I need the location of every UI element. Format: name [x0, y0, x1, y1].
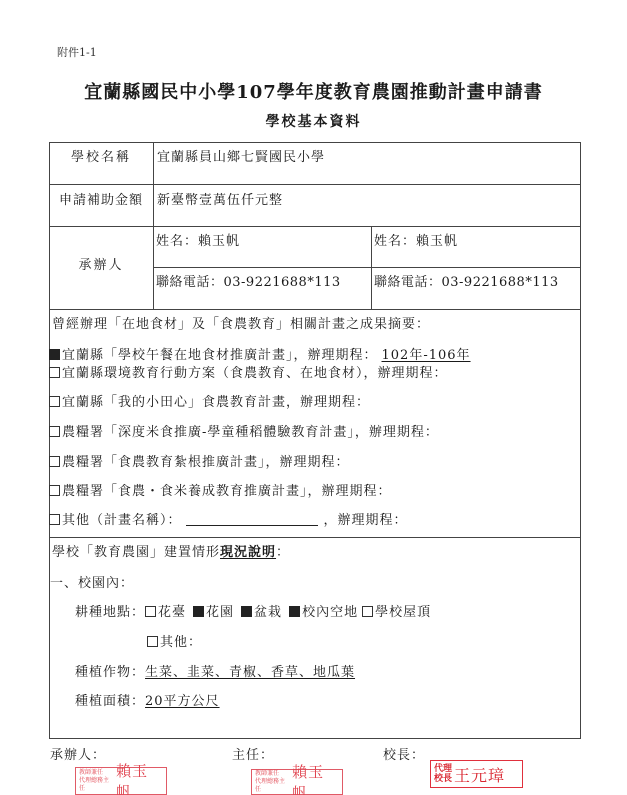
- other-project-suffix: ，辦理期程：: [324, 513, 408, 528]
- school-name-value: 宜蘭縣員山鄉七賢國民小學: [157, 146, 325, 165]
- checkbox-icon[interactable]: [49, 485, 60, 496]
- past-project-text: 宜蘭縣環境教育行動方案（食農教育、在地食材），辦理期程：: [62, 366, 448, 381]
- crops-row: 種植作物：生菜、韭菜、青椒、香草、地瓜葉: [75, 661, 355, 680]
- stamp-title-line: 代理總務主任: [255, 778, 290, 794]
- past-project-text: 宜蘭縣「我的小田心」食農教育計畫，辦理期程：: [62, 395, 370, 410]
- other-location-row: 其他：: [147, 631, 202, 650]
- other-location-label: 其他：: [160, 635, 202, 650]
- location-option: 花園: [206, 605, 234, 620]
- past-project-text: 農糧署「食農・食米養成教育推廣計畫」，辦理期程：: [62, 484, 392, 499]
- stamp-title: 代理 校長: [434, 764, 452, 784]
- subsidy-value: 新臺幣壹萬伍仟元整: [157, 189, 283, 208]
- garden-heading-emphasis: 現況說明: [220, 545, 276, 560]
- past-project-item: 農糧署「食農教育紮根推廣計畫」，辦理期程：: [49, 451, 350, 470]
- principal-stamp: 代理 校長 王元璋: [430, 760, 523, 788]
- document-title: 宜蘭縣國民中小學107學年度教育農園推動計畫申請書: [0, 78, 627, 104]
- past-project-text: 農糧署「深度米食推廣-學童種稻體驗教育計畫」，辦理期程：: [62, 425, 439, 440]
- checkbox-icon[interactable]: [145, 606, 156, 617]
- stamp-title: 教師兼任 代理總務主任: [79, 769, 114, 793]
- section-divider: [49, 537, 581, 538]
- location-option: 盆栽: [254, 605, 282, 620]
- garden-heading-suffix: ：: [276, 545, 290, 560]
- past-project-item: 農糧署「深度米食推廣-學童種稻體驗教育計畫」，辦理期程：: [49, 421, 439, 440]
- column-divider: [371, 226, 372, 309]
- row-divider: [49, 309, 581, 310]
- other-project-name-field[interactable]: [186, 513, 318, 526]
- contact-phone: 聯絡電話：03-9221688*113: [156, 271, 341, 290]
- handler-signature-label: 承辦人：: [50, 744, 106, 763]
- past-project-item: 宜蘭縣「我的小田心」食農教育計畫，辦理期程：: [49, 391, 370, 410]
- stamp-title-line: 代理: [434, 764, 452, 774]
- contact-label: 承辦人: [49, 254, 153, 273]
- contact-phone: 聯絡電話：03-9221688*113: [374, 271, 559, 290]
- past-project-text: 農糧署「食農教育紮根推廣計畫」，辦理期程：: [62, 455, 350, 470]
- stamp-title-line: 代理總務主任: [79, 777, 114, 793]
- checkbox-checked-icon[interactable]: [289, 606, 300, 617]
- past-project-period: 102年-106年: [382, 348, 471, 363]
- area-row: 種植面積：20平方公尺: [75, 690, 220, 709]
- stamp-name: 賴玉帆: [116, 760, 163, 795]
- subsidy-label: 申請補助金額: [49, 189, 153, 208]
- stamp-title-line: 教師兼任: [255, 770, 290, 778]
- stamp-title: 教師兼任 代理總務主任: [255, 770, 290, 794]
- checkbox-checked-icon[interactable]: [241, 606, 252, 617]
- past-project-item: 宜蘭縣「學校午餐在地食材推廣計畫」，辦理期程：102年-106年: [49, 344, 471, 363]
- area-value: 20平方公尺: [145, 694, 220, 709]
- past-project-item: 宜蘭縣環境教育行動方案（食農教育、在地食材），辦理期程：: [49, 362, 448, 381]
- past-project-other: 其他（計畫名稱）：，辦理期程：: [49, 509, 408, 528]
- stamp-name: 賴玉帆: [292, 761, 339, 795]
- basic-info-table: [49, 142, 581, 739]
- other-project-prefix: 其他（計畫名稱）：: [62, 513, 182, 528]
- contact-name: 姓名：賴玉帆: [156, 230, 240, 249]
- past-projects-heading: 曾經辦理「在地食材」及「食農教育」相關計畫之成果摘要：: [52, 313, 430, 332]
- crops-value: 生菜、韭菜、青椒、香草、地瓜葉: [145, 665, 355, 680]
- row-divider: [49, 226, 581, 227]
- director-signature-label: 主任：: [232, 744, 274, 763]
- area-label: 種植面積：: [75, 694, 145, 709]
- checkbox-checked-icon[interactable]: [49, 349, 60, 360]
- handler-stamp: 教師兼任 代理總務主任 賴玉帆: [75, 767, 167, 795]
- stamp-title-line: 校長: [434, 774, 452, 784]
- column-divider: [153, 142, 154, 309]
- location-row: 耕種地點：花臺花園盆栽校內空地學校屋頂: [75, 601, 431, 620]
- document-subtitle: 學校基本資料: [0, 111, 627, 131]
- checkbox-icon[interactable]: [362, 606, 373, 617]
- checkbox-icon[interactable]: [49, 426, 60, 437]
- checkbox-icon[interactable]: [49, 514, 60, 525]
- row-divider: [153, 267, 581, 268]
- checkbox-icon[interactable]: [147, 636, 158, 647]
- stamp-name: 王元璋: [454, 763, 505, 786]
- director-stamp: 教師兼任 代理總務主任 賴玉帆: [251, 769, 343, 795]
- crops-label: 種植作物：: [75, 665, 145, 680]
- garden-status-heading: 學校「教育農園」建置情形現況說明：: [52, 541, 290, 560]
- school-name-label: 學校名稱: [49, 146, 153, 165]
- garden-heading-prefix: 學校「教育農園」建置情形: [52, 545, 220, 560]
- location-option: 花臺: [158, 605, 186, 620]
- past-project-text: 宜蘭縣「學校午餐在地食材推廣計畫」，辦理期程：: [62, 348, 378, 363]
- contact-name: 姓名：賴玉帆: [374, 230, 458, 249]
- location-option: 校內空地: [302, 605, 358, 620]
- location-option: 學校屋頂: [375, 605, 431, 620]
- attachment-label: 附件1-1: [57, 44, 97, 60]
- checkbox-icon[interactable]: [49, 456, 60, 467]
- section-one-label: 一、校園內：: [50, 572, 134, 591]
- checkbox-icon[interactable]: [49, 396, 60, 407]
- checkbox-checked-icon[interactable]: [193, 606, 204, 617]
- stamp-title-line: 教師兼任: [79, 769, 114, 777]
- past-project-item: 農糧署「食農・食米養成教育推廣計畫」，辦理期程：: [49, 480, 392, 499]
- checkbox-icon[interactable]: [49, 367, 60, 378]
- location-label: 耕種地點：: [75, 605, 145, 620]
- row-divider: [49, 184, 581, 185]
- principal-signature-label: 校長：: [383, 744, 425, 763]
